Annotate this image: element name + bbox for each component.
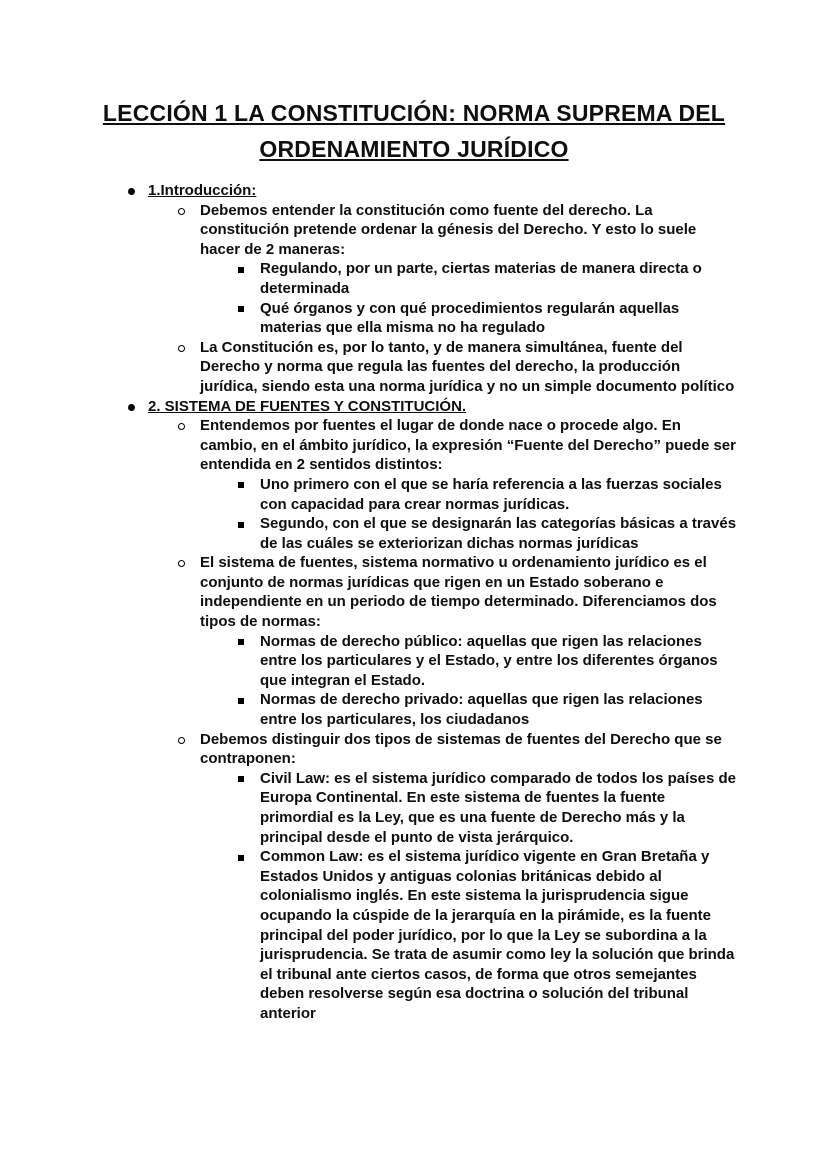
list-item-text: Debemos distinguir dos tipos de sistemas… (200, 730, 737, 769)
list-item-text: Segundo, con el que se designarán las ca… (260, 514, 737, 553)
document-page: LECCIÓN 1 LA CONSTITUCIÓN: NORMA SUPREMA… (0, 0, 828, 1169)
circle-bullet-icon (178, 737, 185, 744)
title-line-1: LECCIÓN 1 LA CONSTITUCIÓN: NORMA SUPREMA… (0, 95, 828, 131)
circle-bullet-icon (178, 423, 185, 430)
square-bullet-icon (238, 306, 244, 312)
list-item: Normas de derecho privado: aquellas que … (118, 690, 737, 729)
list-item-text: Common Law: es el sistema jurídico vigen… (260, 847, 737, 1023)
list-item: Entendemos por fuentes el lugar de donde… (118, 416, 737, 475)
list-item-text: Normas de derecho público: aquellas que … (260, 632, 737, 691)
list-item: Debemos distinguir dos tipos de sistemas… (118, 730, 737, 769)
outline-list: 1.Introducción: Debemos entender la cons… (118, 181, 737, 1024)
list-item: Normas de derecho público: aquellas que … (118, 632, 737, 691)
list-item: Regulando, por un parte, ciertas materia… (118, 259, 737, 298)
list-item: Uno primero con el que se haría referenc… (118, 475, 737, 514)
list-item-text: Uno primero con el que se haría referenc… (260, 475, 737, 514)
list-item-text: Civil Law: es el sistema jurídico compar… (260, 769, 737, 847)
square-bullet-icon (238, 267, 244, 273)
square-bullet-icon (238, 639, 244, 645)
list-item-text: Qué órganos y con qué procedimientos reg… (260, 299, 737, 338)
list-item-text: El sistema de fuentes, sistema normativo… (200, 553, 737, 631)
circle-bullet-icon (178, 560, 185, 567)
square-bullet-icon (238, 776, 244, 782)
circle-bullet-icon (178, 208, 185, 215)
square-bullet-icon (238, 482, 244, 488)
list-item-text: Regulando, por un parte, ciertas materia… (260, 259, 737, 298)
list-item-text: Normas de derecho privado: aquellas que … (260, 690, 737, 729)
list-item: Civil Law: es el sistema jurídico compar… (118, 769, 737, 847)
list-item: La Constitución es, por lo tanto, y de m… (118, 338, 737, 397)
list-item: Qué órganos y con qué procedimientos reg… (118, 299, 737, 338)
disc-bullet-icon (128, 188, 135, 195)
list-item-text: Debemos entender la constitución como fu… (200, 201, 737, 260)
list-item-text: Entendemos por fuentes el lugar de donde… (200, 416, 737, 475)
section-heading: 2. SISTEMA DE FUENTES Y CONSTITUCIÓN. (148, 397, 737, 417)
list-item-section-1-heading: 1.Introducción: (118, 181, 737, 201)
title-line-2: ORDENAMIENTO JURÍDICO (0, 131, 828, 167)
list-item-section-2-heading: 2. SISTEMA DE FUENTES Y CONSTITUCIÓN. (118, 397, 737, 417)
circle-bullet-icon (178, 345, 185, 352)
square-bullet-icon (238, 698, 244, 704)
section-heading: 1.Introducción: (148, 181, 737, 201)
list-item: El sistema de fuentes, sistema normativo… (118, 553, 737, 631)
document-title: LECCIÓN 1 LA CONSTITUCIÓN: NORMA SUPREMA… (0, 95, 828, 167)
disc-bullet-icon (128, 404, 135, 411)
list-item: Segundo, con el que se designarán las ca… (118, 514, 737, 553)
list-item-text: La Constitución es, por lo tanto, y de m… (200, 338, 737, 397)
square-bullet-icon (238, 522, 244, 528)
list-item: Common Law: es el sistema jurídico vigen… (118, 847, 737, 1023)
square-bullet-icon (238, 855, 244, 861)
list-item: Debemos entender la constitución como fu… (118, 201, 737, 260)
